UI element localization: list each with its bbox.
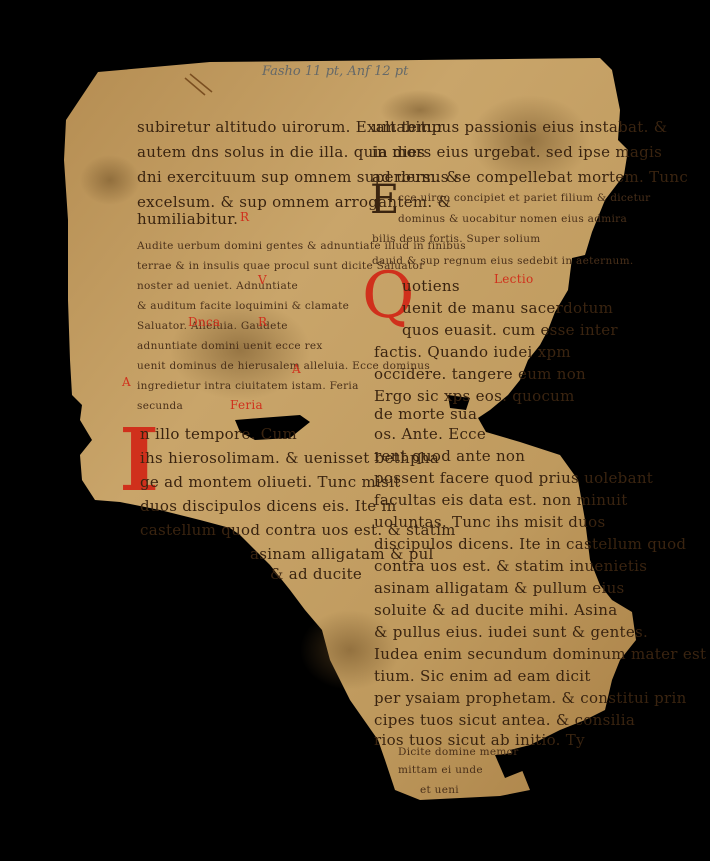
chant-line: bilis deus fortis. Super solium bbox=[372, 233, 541, 245]
text-line: Ergo sic xps eos. quocum bbox=[374, 387, 575, 405]
text-line: Iudea enim secundum dominum mater est ge… bbox=[374, 645, 710, 663]
text-line: uenit de manu sacerdotum bbox=[402, 299, 613, 317]
rubric: Feria bbox=[230, 398, 263, 412]
text-line: factis. Quando iudei xpm bbox=[374, 343, 571, 361]
text-line: os. Ante. Ecce bbox=[374, 425, 486, 443]
pencil-annotation: Fasho 11 pt, Anf 12 pt bbox=[262, 64, 408, 79]
text-line: ge ad montem oliueti. Tunc misit bbox=[140, 473, 401, 491]
text-line: duos discipulos dicens eis. Ite in bbox=[140, 497, 397, 515]
text-line: occidere. tangere eum non bbox=[374, 365, 586, 383]
text-line: possent facere quod prius uolebant bbox=[374, 469, 653, 487]
rubric: R bbox=[258, 315, 267, 329]
text-line: facultas eis data est. non minuit bbox=[374, 491, 628, 509]
chant-line: Dicite domine memor bbox=[398, 746, 519, 758]
rubric: R bbox=[240, 210, 249, 224]
chant-line: & auditum facite loquimini & clamate bbox=[137, 300, 349, 312]
chant-line: mittam ei unde bbox=[398, 764, 483, 776]
text-line: uoluntas. Tunc ihs misit duos bbox=[374, 513, 605, 531]
decorated-initial-q: Q bbox=[362, 262, 414, 330]
text-line: quos euasit. cum esse inter bbox=[402, 321, 618, 339]
text-line: tium. Sic enim ad eam dicit bbox=[374, 667, 591, 685]
text-line: discipulos dicens. Ite in castellum quod bbox=[374, 535, 686, 553]
decorated-initial-e: E bbox=[370, 178, 399, 222]
text-line: de morte sua bbox=[374, 405, 477, 423]
text-line: asinam alligatam & pullum eius bbox=[374, 579, 625, 597]
text-line: um tempus passionis eius instabat. & bbox=[372, 118, 667, 136]
text-line: rent quod ante non bbox=[374, 447, 525, 465]
chant-line: noster ad ueniet. Adnuntiate bbox=[137, 280, 298, 292]
text-line: contra uos est. & statim inuenietis bbox=[374, 557, 647, 575]
rubric: A bbox=[292, 362, 301, 376]
text-line: & pullus eius. iudei sunt & gentes. bbox=[374, 623, 648, 641]
manuscript-photo: Fasho 11 pt, Anf 12 pt subiretur altitud… bbox=[0, 0, 710, 861]
chant-line: dominus & uocabitur nomen eius admira bbox=[398, 213, 627, 225]
text-line: & ad ducite bbox=[270, 565, 362, 583]
rubric: A bbox=[122, 375, 131, 389]
text-line: humiliabitur. bbox=[137, 210, 238, 228]
text-line: uotiens bbox=[402, 277, 460, 295]
text-line: ad uersus se compellebat mortem. Tunc bbox=[372, 168, 688, 186]
chant-line: et ueni bbox=[420, 784, 459, 796]
text-line: per ysaiam prophetam. & constitui prin bbox=[374, 689, 687, 707]
text-line: cipes tuos sicut antea. & consilia bbox=[374, 711, 635, 729]
chant-line: adnuntiate domini uenit ecce rex bbox=[137, 340, 323, 352]
rubric: Lectio bbox=[494, 272, 533, 286]
text-line: in mors eius urgebat. sed ipse magis bbox=[372, 143, 662, 161]
text-line: soluite & ad ducite mihi. Asina bbox=[374, 601, 617, 619]
text-line: n illo tempore. Cum bbox=[140, 425, 297, 443]
rubric: V bbox=[258, 273, 267, 287]
chant-line: ingredietur intra ciuitatem istam. Feria bbox=[137, 380, 359, 392]
rubric: Dnca bbox=[188, 315, 220, 329]
chant-line: cce uirgo concipiet et pariet filium & d… bbox=[398, 192, 650, 204]
